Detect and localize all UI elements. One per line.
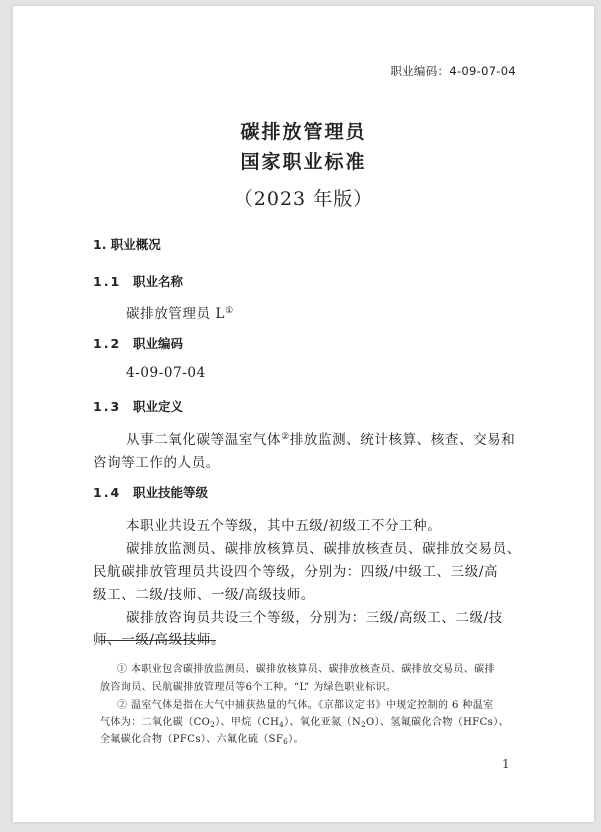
- occupation-name: 碳排放管理员 L①: [126, 302, 234, 322]
- page-number: 1: [502, 757, 510, 771]
- definition-text: 从事二氧化碳等温室气体: [126, 432, 281, 448]
- section-number: 1.4: [93, 485, 133, 500]
- section-number: 1.1: [93, 274, 133, 289]
- footnote-1-line-1: ① 本职业包含碳排放监测员、碳排放核算员、碳排放核查员、碳排放交易员、碳排: [117, 660, 495, 675]
- document-page: 职业编码：4-09-07-04 碳排放管理员 国家职业标准 （2023 年版） …: [13, 6, 594, 822]
- footnote-1-line-2: 放咨询员、民航碳排放管理员等6个工种。“L” 为绿色职业标识。: [100, 678, 396, 693]
- footnote-text: 全氟碳化合物（PFCs）、六氟化硫（SF: [100, 734, 283, 745]
- section-heading-1-2: 1.2职业编码: [93, 334, 183, 352]
- footnote-text: 气体为：二氧化碳（CO: [100, 717, 210, 728]
- section-title: 职业定义: [133, 399, 183, 414]
- section-title: 职业名称: [133, 274, 183, 289]
- footnote-2-line-2: 气体为：二氧化碳（CO2）、甲烷（CH4）、氧化亚氮（N2O）、氢氟碳化合物（H…: [100, 713, 509, 729]
- definition-line-1: 从事二氧化碳等温室气体②排放监测、统计核算、核查、交易和: [126, 428, 515, 448]
- skill-levels-paragraph-2-line-2: 民航碳排放管理员共设四个等级，分别为：四级/中级工、三级/高: [93, 560, 498, 580]
- document-subtitle: 国家职业标准: [13, 147, 594, 174]
- footnote-text: O）、氢氟碳化合物（HFCs）、: [366, 717, 509, 728]
- footnote-text: ）、甲烷（CH: [215, 717, 279, 728]
- edition-label: （2023 年版）: [13, 184, 594, 211]
- skill-levels-paragraph-3-line-1: 碳排放咨询员共设三个等级，分别为：三级/高级工、二级/技: [126, 606, 503, 626]
- skill-levels-paragraph-2-line-3: 级工、二级/技师、一级/高级技师。: [93, 583, 315, 603]
- section-heading-1-1: 1.1职业名称: [93, 272, 183, 290]
- section-heading-1-4: 1.4职业技能等级: [93, 483, 208, 501]
- section-number: 1.2: [93, 336, 133, 351]
- document-title: 碳排放管理员: [13, 117, 594, 144]
- definition-text: 排放监测、统计核算、核查、交易和: [290, 432, 516, 448]
- section-title: 职业编码: [133, 336, 183, 351]
- section-number: 1.3: [93, 399, 133, 414]
- skill-levels-paragraph-2-line-1: 碳排放监测员、碳排放核算员、碳排放核查员、碳排放交易员、: [126, 537, 521, 557]
- section-title: 职业技能等级: [133, 485, 208, 500]
- skill-levels-paragraph-3-line-2: 师、一级/高级技师。: [93, 628, 225, 648]
- footnote-ref-1[interactable]: ①: [225, 306, 234, 316]
- section-heading-1: 1. 职业概况: [93, 235, 161, 253]
- footnote-divider: [100, 640, 216, 641]
- footnote-text: ）。: [288, 734, 304, 745]
- footnote-ref-2[interactable]: ②: [281, 432, 290, 442]
- section-heading-1-3: 1.3职业定义: [93, 397, 183, 415]
- footnote-2-line-1: ② 温室气体是指在大气中捕获热量的气体。《京都议定书》中规定控制的 6 种温室: [117, 696, 494, 711]
- footnote-text: ）、氧化亚氮（N: [284, 717, 361, 728]
- occupation-name-text: 碳排放管理员 L: [126, 306, 225, 322]
- footnote-2-line-3: 全氟碳化合物（PFCs）、六氟化硫（SF6）。: [100, 730, 304, 746]
- skill-levels-paragraph-1: 本职业共设五个等级，其中五级/初级工不分工种。: [126, 514, 441, 534]
- occupation-code: 4-09-07-04: [126, 365, 206, 381]
- occupation-code-header: 职业编码：4-09-07-04: [390, 63, 516, 79]
- definition-line-2: 咨询等工作的人员。: [93, 451, 220, 471]
